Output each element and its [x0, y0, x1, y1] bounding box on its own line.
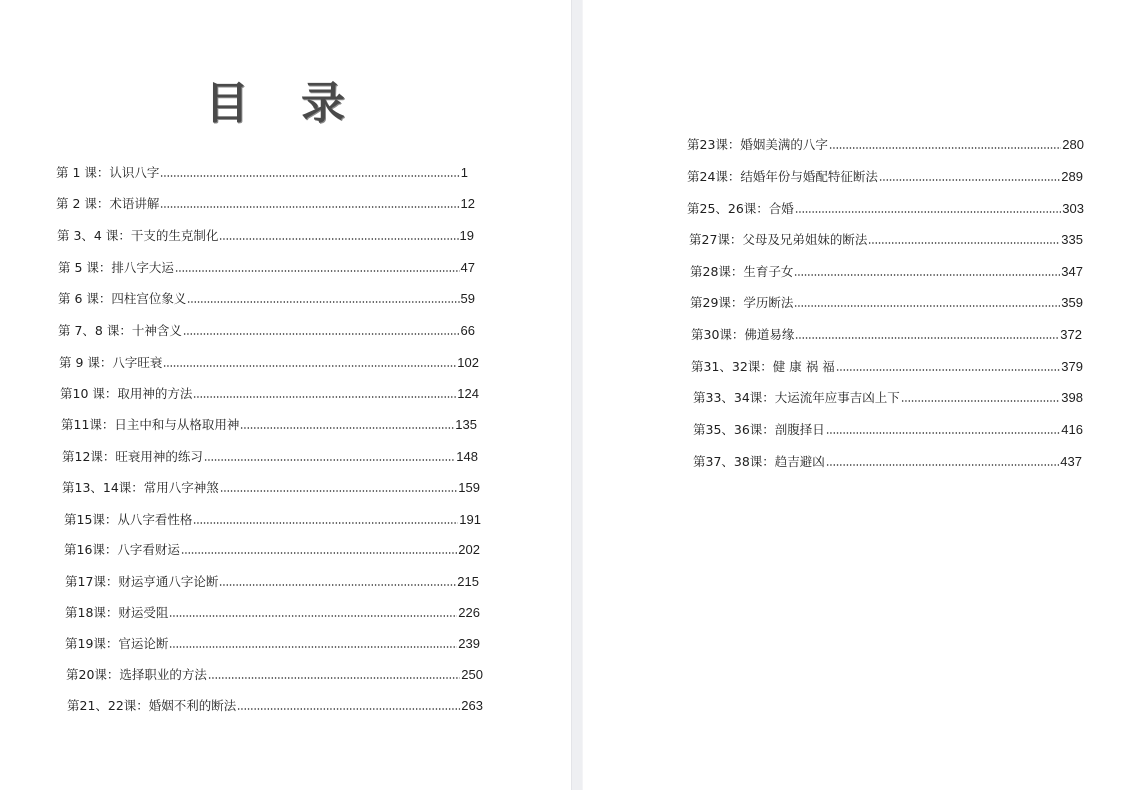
toc-entry-page-number: 148	[456, 448, 478, 466]
dot-leader	[879, 178, 1060, 182]
dot-leader	[163, 364, 456, 368]
dot-leader	[219, 237, 458, 241]
toc-entry-label: 第 6 课：四柱宫位象义	[58, 290, 186, 308]
dot-leader	[795, 336, 1059, 340]
toc-entry-page-number: 135	[455, 416, 477, 434]
toc-entry-page-number: 59	[461, 290, 475, 308]
page-gutter	[571, 0, 583, 790]
toc-entry[interactable]: 第30课：佛道易缘372	[691, 324, 1082, 344]
toc-entry-page-number: 19	[460, 227, 474, 245]
toc-entry[interactable]: 第 5 课：排八字大运47	[58, 257, 475, 277]
toc-entry-label: 第19课：官运论断	[65, 635, 168, 653]
toc-entry[interactable]: 第20课：选择职业的方法250	[66, 664, 483, 684]
dot-leader	[240, 426, 454, 430]
dot-leader	[183, 332, 460, 336]
toc-entry[interactable]: 第 3、4 课：干支的生克制化19	[57, 225, 474, 245]
toc-entry-page-number: 215	[457, 573, 479, 591]
toc-entry-label: 第35、36课：剖腹择日	[693, 421, 825, 439]
toc-entry-label: 第15课：从八字看性格	[64, 511, 192, 529]
dot-leader	[826, 463, 1059, 467]
toc-entry-page-number: 335	[1061, 231, 1083, 249]
dot-leader	[829, 146, 1061, 150]
toc-entry[interactable]: 第 7、8 课：十神含义66	[58, 320, 475, 340]
toc-entry-page-number: 372	[1060, 326, 1082, 344]
toc-entry-page-number: 202	[458, 541, 480, 559]
dot-leader	[901, 399, 1060, 403]
toc-entry[interactable]: 第25、26课：合婚303	[687, 198, 1084, 218]
dot-leader	[237, 707, 460, 711]
toc-entry-page-number: 239	[458, 635, 480, 653]
dot-leader	[169, 614, 457, 618]
toc-entry-label: 第13、14课：常用八字神煞	[62, 479, 219, 497]
toc-entry-page-number: 289	[1061, 168, 1083, 186]
toc-entry-page-number: 12	[461, 195, 475, 213]
toc-entry-label: 第37、38课：趋吉避凶	[693, 453, 825, 471]
dot-leader	[204, 458, 455, 462]
toc-entry-page-number: 191	[459, 511, 481, 529]
toc-entry-page-number: 263	[461, 697, 483, 715]
toc-entry[interactable]: 第 1 课：认识八字1	[56, 162, 468, 182]
toc-entry-page-number: 66	[461, 322, 475, 340]
dot-leader	[187, 300, 459, 304]
toc-title-char-2: 录	[301, 76, 345, 132]
toc-entry[interactable]: 第31、32课：健 康 祸 福379	[691, 356, 1083, 376]
toc-entry-page-number: 47	[461, 259, 475, 277]
toc-entry-page-number: 437	[1060, 453, 1082, 471]
toc-entry[interactable]: 第 6 课：四柱宫位象义59	[58, 288, 475, 308]
toc-entry-label: 第 9 课：八字旺衰	[59, 354, 162, 372]
dot-leader	[795, 210, 1061, 214]
dot-leader	[160, 205, 459, 209]
dot-leader	[219, 583, 456, 587]
toc-entry[interactable]: 第28课：生育子女347	[690, 261, 1083, 281]
toc-entry-label: 第12课：旺衰用神的练习	[62, 448, 203, 466]
toc-entry-label: 第33、34课：大运流年应事吉凶上下	[693, 389, 900, 407]
toc-title: 目 录	[205, 76, 345, 132]
dot-leader	[169, 645, 457, 649]
toc-entry[interactable]: 第11课：日主中和与从格取用神135	[61, 414, 477, 434]
toc-entry-label: 第25、26课：合婚	[687, 200, 794, 218]
toc-entry[interactable]: 第 9 课：八字旺衰102	[59, 352, 479, 372]
toc-entry-label: 第 1 课：认识八字	[56, 164, 159, 182]
toc-entry-label: 第 7、8 课：十神含义	[58, 322, 182, 340]
toc-entry-label: 第24课：结婚年份与婚配特征断法	[687, 168, 878, 186]
toc-entry-label: 第31、32课：健 康 祸 福	[691, 358, 835, 376]
toc-entry[interactable]: 第37、38课：趋吉避凶437	[693, 451, 1082, 471]
toc-entry-label: 第 2 课：术语讲解	[56, 195, 159, 213]
dot-leader	[181, 551, 457, 555]
toc-entry[interactable]: 第24课：结婚年份与婚配特征断法289	[687, 166, 1083, 186]
toc-entry-page-number: 280	[1062, 136, 1084, 154]
toc-entry-label: 第18课：财运受阻	[65, 604, 168, 622]
toc-entry-page-number: 303	[1062, 200, 1084, 218]
dot-leader	[868, 241, 1060, 245]
toc-entry[interactable]: 第 2 课：术语讲解12	[56, 193, 475, 213]
toc-entry-label: 第 3、4 课：干支的生克制化	[57, 227, 218, 245]
toc-entry[interactable]: 第12课：旺衰用神的练习148	[62, 446, 478, 466]
toc-entry-page-number: 250	[461, 666, 483, 684]
toc-entry-label: 第17课：财运亨通八字论断	[65, 573, 218, 591]
toc-entry-label: 第27课：父母及兄弟姐妹的断法	[689, 231, 867, 249]
toc-entry-page-number: 416	[1061, 421, 1083, 439]
toc-entry-page-number: 102	[457, 354, 479, 372]
toc-entry[interactable]: 第29课：学历断法359	[690, 292, 1083, 312]
toc-entry-label: 第11课：日主中和与从格取用神	[61, 416, 239, 434]
left-page: 目 录 第 1 课：认识八字1第 2 课：术语讲解12第 3、4 课：干支的生克…	[0, 0, 571, 790]
toc-entry[interactable]: 第33、34课：大运流年应事吉凶上下398	[693, 387, 1083, 407]
toc-entry[interactable]: 第18课：财运受阻226	[65, 602, 480, 622]
toc-entry[interactable]: 第21、22课：婚姻不利的断法263	[67, 695, 483, 715]
toc-entry[interactable]: 第19课：官运论断239	[65, 633, 480, 653]
dot-leader	[160, 174, 459, 178]
right-page: 第23课：婚姻美满的八字280第24课：结婚年份与婚配特征断法289第25、26…	[583, 0, 1143, 790]
dot-leader	[175, 269, 460, 273]
toc-entry[interactable]: 第10 课：取用神的方法124	[60, 383, 479, 403]
dot-leader	[794, 304, 1060, 308]
toc-entry-page-number: 398	[1061, 389, 1083, 407]
toc-entry[interactable]: 第15课：从八字看性格191	[64, 509, 481, 529]
dot-leader	[208, 676, 460, 680]
toc-entry[interactable]: 第17课：财运亨通八字论断215	[65, 571, 479, 591]
toc-entry-page-number: 1	[461, 164, 468, 182]
document-spread: 目 录 第 1 课：认识八字1第 2 课：术语讲解12第 3、4 课：干支的生克…	[0, 0, 1143, 790]
toc-entry-label: 第16课：八字看财运	[64, 541, 180, 559]
toc-entry-page-number: 159	[458, 479, 480, 497]
toc-entry-page-number: 379	[1061, 358, 1083, 376]
toc-entry[interactable]: 第35、36课：剖腹择日416	[693, 419, 1083, 439]
toc-entry-label: 第10 课：取用神的方法	[60, 385, 192, 403]
dot-leader	[220, 489, 457, 493]
toc-entry-page-number: 124	[457, 385, 479, 403]
toc-entry-page-number: 226	[458, 604, 480, 622]
toc-entry-label: 第28课：生育子女	[690, 263, 793, 281]
toc-title-char-1: 目	[205, 76, 249, 132]
dot-leader	[193, 395, 456, 399]
dot-leader	[193, 521, 458, 525]
toc-entry-label: 第30课：佛道易缘	[691, 326, 794, 344]
toc-entry-label: 第23课：婚姻美满的八字	[687, 136, 828, 154]
toc-entry-page-number: 359	[1061, 294, 1083, 312]
dot-leader	[836, 368, 1061, 372]
toc-entry[interactable]: 第13、14课：常用八字神煞159	[62, 477, 480, 497]
toc-entry-label: 第 5 课：排八字大运	[58, 259, 174, 277]
toc-entry-label: 第20课：选择职业的方法	[66, 666, 207, 684]
toc-entry[interactable]: 第16课：八字看财运202	[64, 539, 480, 559]
toc-entry[interactable]: 第23课：婚姻美满的八字280	[687, 134, 1084, 154]
toc-entry-label: 第21、22课：婚姻不利的断法	[67, 697, 236, 715]
dot-leader	[826, 431, 1060, 435]
toc-entry-label: 第29课：学历断法	[690, 294, 793, 312]
dot-leader	[794, 273, 1060, 277]
toc-entry[interactable]: 第27课：父母及兄弟姐妹的断法335	[689, 229, 1083, 249]
toc-entry-page-number: 347	[1061, 263, 1083, 281]
